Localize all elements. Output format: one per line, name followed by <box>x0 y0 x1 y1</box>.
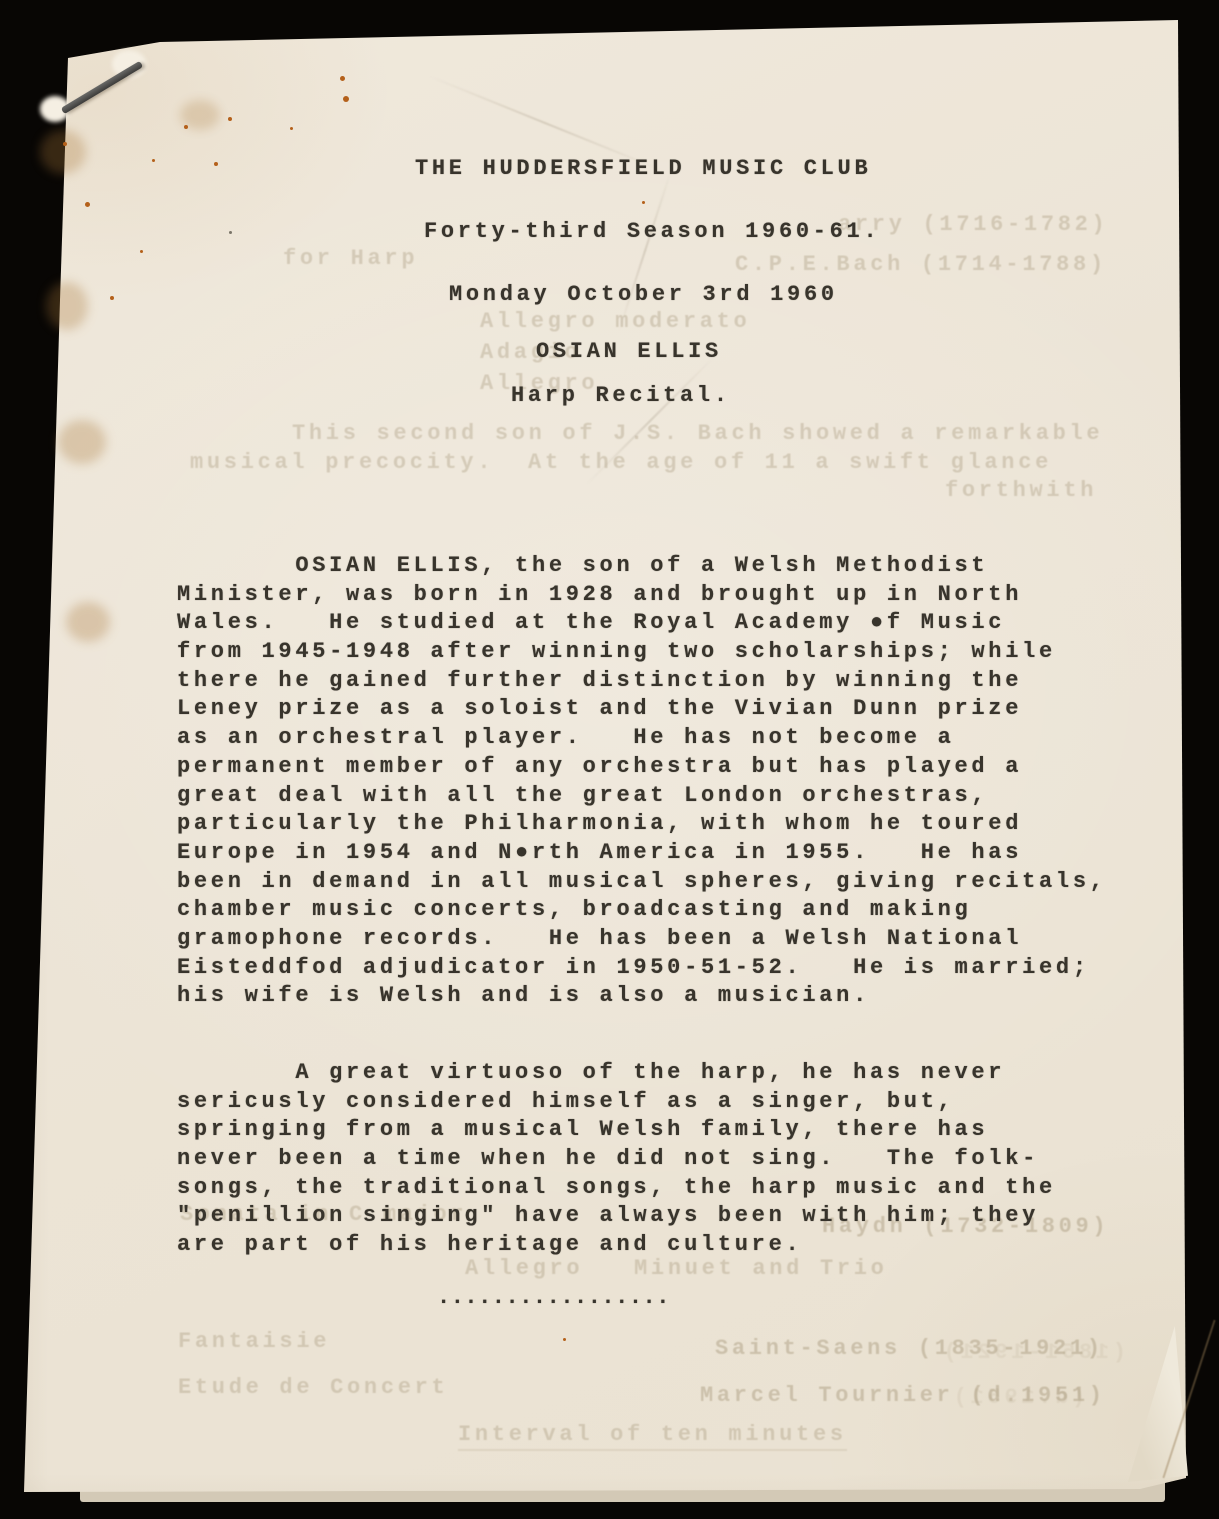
biography-paragraph-1: OSIAN ELLIS, the son of a Welsh Methodis… <box>177 477 1137 1011</box>
rust-speck <box>642 201 645 204</box>
ghost-text: Etude de Concert <box>178 1375 448 1400</box>
stain-blob <box>40 130 86 174</box>
scanned-document-page: arry (1716-1782) for Harp C.P.E.Bach (17… <box>0 0 1219 1519</box>
stain-blob <box>58 420 106 464</box>
ghost-text: for Harp <box>283 246 418 271</box>
text-line: Europe in 1954 and N●rth America in 1955… <box>177 839 1137 868</box>
text-line: songs, the traditional songs, the harp m… <box>177 1174 1137 1203</box>
ghost-text: Interval of ten minutes <box>458 1422 847 1451</box>
text-line: from 1945-1948 after winning two scholar… <box>177 638 1137 667</box>
artist-name: OSIAN ELLIS <box>536 339 722 364</box>
date-line: Monday October 3rd 1960 <box>449 282 838 307</box>
rust-speck <box>214 162 218 166</box>
biography-paragraph-2: A great virtuoso of the harp, he has nev… <box>177 984 1137 1260</box>
gray-speck <box>229 231 232 234</box>
text-line: particularly the Philharmonia, with whom… <box>177 810 1137 839</box>
club-title: THE HUDDERSFIELD MUSIC CLUB <box>415 156 871 181</box>
season-line: Forty-third Season 1960-61. <box>424 219 880 244</box>
ghost-text: C.P.E.Bach (1714-1788) <box>735 252 1107 277</box>
rust-speck <box>152 159 155 162</box>
text-line: gramophone records. He has been a Welsh … <box>177 925 1137 954</box>
text-line: been in demand in all musical spheres, g… <box>177 868 1137 897</box>
rust-speck <box>63 142 67 146</box>
ghost-text: Fantaisie <box>178 1329 330 1354</box>
text-line: never been a time when he did not sing. … <box>177 1145 1137 1174</box>
dotted-separator: ................. <box>437 1285 670 1310</box>
text-line: great deal with all the great London orc… <box>177 782 1137 811</box>
text-line: sericusly considered himself as a singer… <box>177 1088 1137 1117</box>
ghost-text-mirrored: (1851-1921) <box>940 1340 1126 1365</box>
rust-speck <box>140 250 143 253</box>
rust-speck <box>563 1338 566 1341</box>
text-line: are part of his heritage and culture. <box>177 1231 1137 1260</box>
text-line: Wales. He studied at the Royal Academy ●… <box>177 609 1137 638</box>
text-line: permanent member of any orchestra but ha… <box>177 753 1137 782</box>
text-line: there he gained further distinction by w… <box>177 667 1137 696</box>
text-line: chamber music concerts, broadcasting and… <box>177 896 1137 925</box>
text-line: "penillion singing" have always been wit… <box>177 1202 1137 1231</box>
rust-speck <box>85 202 90 207</box>
rust-speck <box>228 117 232 121</box>
text-line: Leney prize as a soloist and the Vivian … <box>177 695 1137 724</box>
stain-blob <box>66 602 110 642</box>
ghost-text: Allegro moderato <box>480 309 750 334</box>
ghost-text: musical precocity. At the age of 11 a sw… <box>190 450 1052 475</box>
rust-speck <box>340 76 345 81</box>
ghost-text: This second son of J.S. Bach showed a re… <box>292 421 1103 446</box>
stain-blob <box>46 282 88 330</box>
text-line: Minister, was born in 1928 and brought u… <box>177 581 1137 610</box>
rust-speck <box>343 96 349 102</box>
recital-subtitle: Harp Recital. <box>511 383 731 408</box>
rust-speck <box>110 296 114 300</box>
text-line: as an orchestral player. He has not beco… <box>177 724 1137 753</box>
text-line: A great virtuoso of the harp, he has nev… <box>177 1059 1137 1088</box>
text-line: OSIAN ELLIS, the son of a Welsh Methodis… <box>177 552 1137 581</box>
text-line: springing from a musical Welsh family, t… <box>177 1116 1137 1145</box>
ghost-text-mirrored: (d.1951) <box>950 1385 1085 1410</box>
rust-speck <box>290 127 293 130</box>
text-line: Eisteddfod adjudicator in 1950-51-52. He… <box>177 954 1137 983</box>
rust-speck <box>184 125 188 129</box>
